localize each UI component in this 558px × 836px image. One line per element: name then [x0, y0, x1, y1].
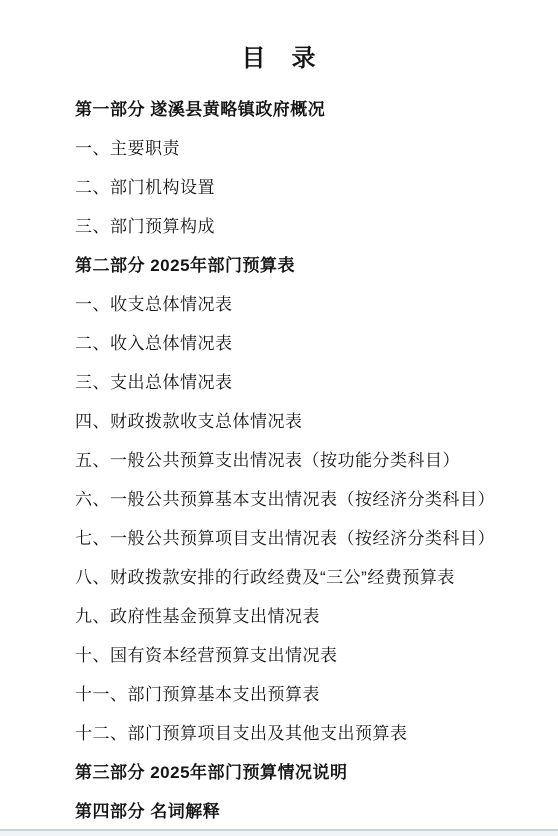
toc-entry: 第一部分 遂溪县黄略镇政府概况: [0, 90, 558, 129]
toc-entry: 二、收入总体情况表: [0, 324, 558, 363]
page-bottom-margin: [0, 831, 558, 836]
toc-entry-text: 二、收入总体情况表: [75, 334, 233, 353]
toc-entry-text: 七、一般公共预算项目支出情况表（按经济分类科目）: [75, 529, 495, 548]
page-title: 目 录: [0, 42, 558, 76]
document-page: 目 录 第一部分 遂溪县黄略镇政府概况 一、主要职责 二、部门机构设置 三、部门…: [0, 0, 558, 836]
toc-entry-text: 第二部分 2025年部门预算表: [75, 256, 295, 275]
toc-entry: 九、政府性基金预算支出情况表: [0, 597, 558, 636]
toc-entry-text: 三、部门预算构成: [75, 217, 215, 236]
toc-entry: 一、主要职责: [0, 129, 558, 168]
toc-entry-text: 九、政府性基金预算支出情况表: [75, 607, 320, 626]
toc-entry-text: 三、支出总体情况表: [75, 373, 233, 392]
toc-entry: 第二部分 2025年部门预算表: [0, 246, 558, 285]
toc-entry-text: 四、财政拨款收支总体情况表: [75, 412, 303, 431]
toc-entry: 七、一般公共预算项目支出情况表（按经济分类科目）: [0, 519, 558, 558]
toc-list: 第一部分 遂溪县黄略镇政府概况 一、主要职责 二、部门机构设置 三、部门预算构成…: [0, 90, 558, 831]
toc-entry: 一、收支总体情况表: [0, 285, 558, 324]
toc-entry-text: 第三部分 2025年部门预算情况说明: [75, 763, 348, 782]
toc-entry-text: 八、财政拨款安排的行政经费及“三公”经费预算表: [75, 568, 455, 587]
toc-entry: 五、一般公共预算支出情况表（按功能分类科目）: [0, 441, 558, 480]
toc-entry: 八、财政拨款安排的行政经费及“三公”经费预算表: [0, 558, 558, 597]
toc-entry-text: 五、一般公共预算支出情况表（按功能分类科目）: [75, 451, 460, 470]
toc-entry-text: 第一部分 遂溪县黄略镇政府概况: [75, 100, 325, 119]
toc-entry-text: 十二、部门预算项目支出及其他支出预算表: [75, 724, 408, 743]
toc-entry-text: 二、部门机构设置: [75, 178, 215, 197]
toc-entry-text: 六、一般公共预算基本支出情况表（按经济分类科目）: [75, 490, 495, 509]
toc-entry: 十二、部门预算项目支出及其他支出预算表: [0, 714, 558, 753]
toc-entry: 四、财政拨款收支总体情况表: [0, 402, 558, 441]
toc-entry: 十一、部门预算基本支出预算表: [0, 675, 558, 714]
toc-entry-text: 第四部分 名词解释: [75, 802, 220, 821]
toc-entry: 三、部门预算构成: [0, 207, 558, 246]
toc-entry-text: 一、主要职责: [75, 139, 180, 158]
toc-entry: 第三部分 2025年部门预算情况说明: [0, 753, 558, 792]
toc-entry: 二、部门机构设置: [0, 168, 558, 207]
toc-entry: 十、国有资本经营预算支出情况表: [0, 636, 558, 675]
toc-entry: 第四部分 名词解释: [0, 792, 558, 831]
toc-entry-text: 十、国有资本经营预算支出情况表: [75, 646, 338, 665]
toc-entry: 三、支出总体情况表: [0, 363, 558, 402]
toc-entry-text: 十一、部门预算基本支出预算表: [75, 685, 320, 704]
toc-entry: 六、一般公共预算基本支出情况表（按经济分类科目）: [0, 480, 558, 519]
toc-entry-text: 一、收支总体情况表: [75, 295, 233, 314]
